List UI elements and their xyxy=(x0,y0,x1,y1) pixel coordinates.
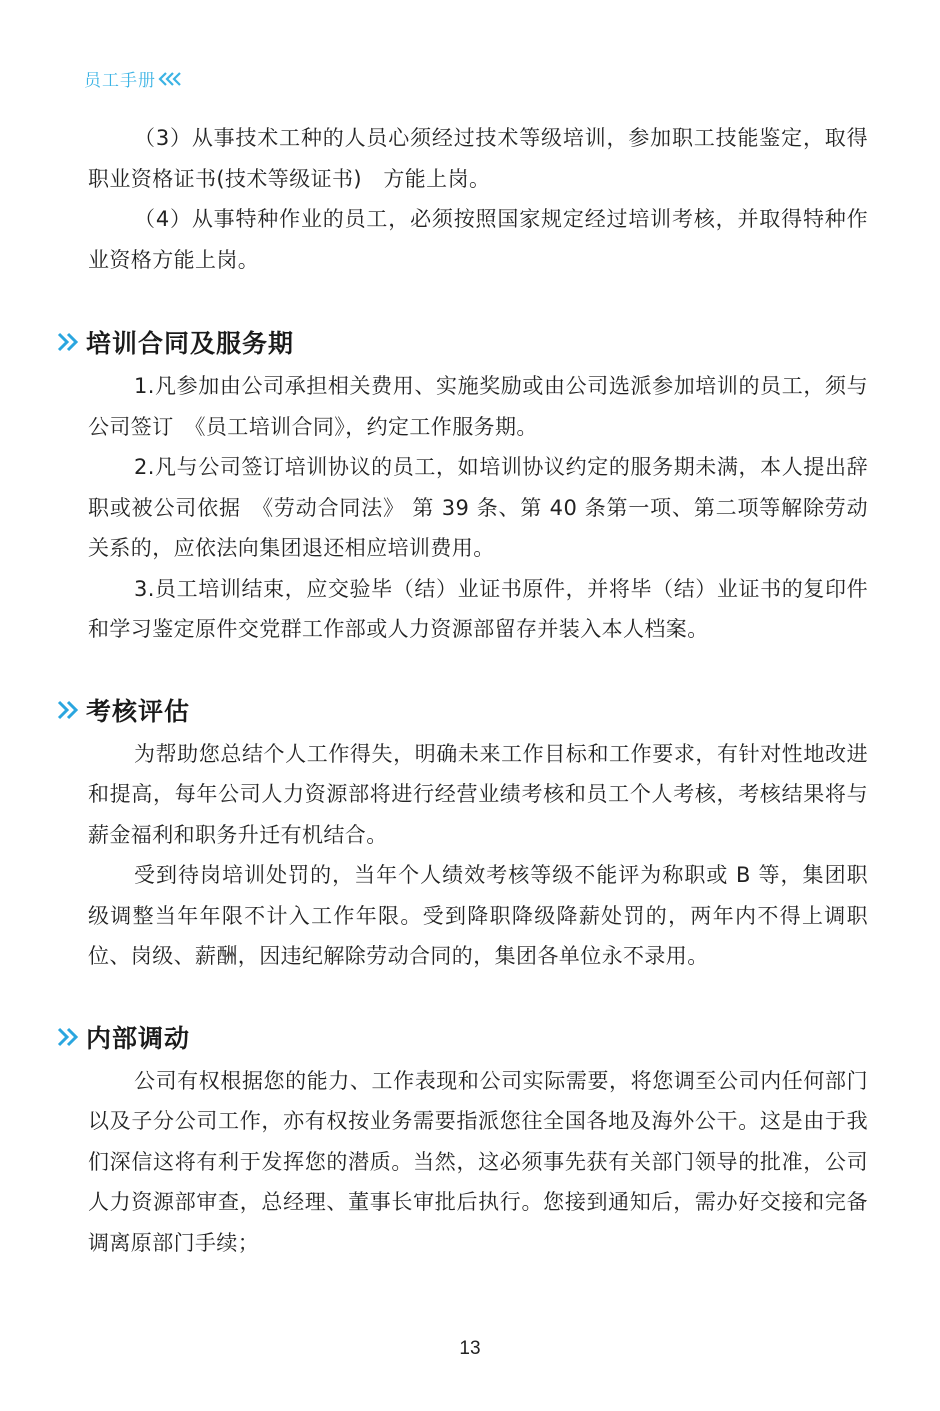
paragraph: 受到待岗培训处罚的，当年个人绩效考核等级不能评为称职或 B 等，集团职级调整当年… xyxy=(88,855,868,977)
section-heading-training-contract: 培训合同及服务期 xyxy=(56,318,868,366)
paragraph: 公司有权根据您的能力、工作表现和公司实际需要，将您调至公司内任何部门以及子分公司… xyxy=(88,1061,868,1264)
double-chevron-right-icon xyxy=(56,699,82,721)
section-title: 考核评估 xyxy=(86,692,190,728)
double-chevron-right-icon xyxy=(56,1026,82,1048)
header-title: 员工手册 xyxy=(84,66,156,91)
paragraph: （3）从事技术工种的人员心须经过技术等级培训，参加职工技能鉴定，取得职业资格证书… xyxy=(88,118,868,199)
double-chevron-left-icon xyxy=(158,71,184,87)
section-title: 培训合同及服务期 xyxy=(86,324,294,360)
paragraph: 3.员工培训结束，应交验毕（结）业证书原件，并将毕（结）业证书的复印件和学习鉴定… xyxy=(88,569,868,650)
paragraph: （4）从事特种作业的员工，必须按照国家规定经过培训考核，并取得特种作业资格方能上… xyxy=(88,199,868,280)
paragraph: 2.凡与公司签订培训协议的员工，如培训协议约定的服务期未满，本人提出辞职或被公司… xyxy=(88,447,868,569)
running-header: 员工手册 xyxy=(84,66,184,91)
double-chevron-right-icon xyxy=(56,331,82,353)
page-number: 13 xyxy=(0,1338,940,1360)
paragraph: 1.凡参加由公司承担相关费用、实施奖励或由公司选派参加培训的员工，须与公司签订 … xyxy=(88,366,868,447)
section-heading-internal-transfer: 内部调动 xyxy=(56,1013,868,1061)
page-body: （3）从事技术工种的人员心须经过技术等级培训，参加职工技能鉴定，取得职业资格证书… xyxy=(88,118,868,1263)
paragraph: 为帮助您总结个人工作得失，明确未来工作目标和工作要求，有针对性地改进和提高，每年… xyxy=(88,734,868,856)
section-heading-assessment: 考核评估 xyxy=(56,686,868,734)
section-title: 内部调动 xyxy=(86,1019,190,1055)
